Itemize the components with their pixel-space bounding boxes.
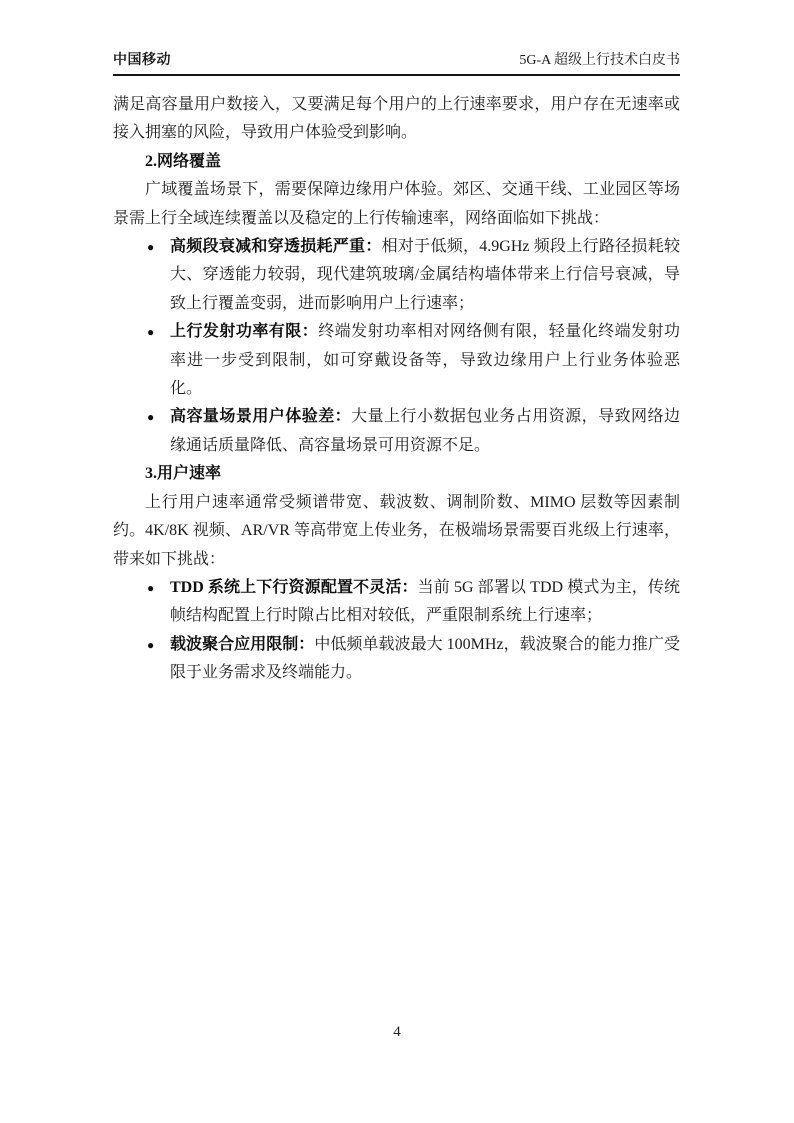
bullet-term: 上行发射功率有限：	[170, 323, 318, 340]
header-org-title: 中国移动	[113, 52, 171, 70]
bullet-term: 高容量场景用户体验差：	[170, 408, 351, 425]
section-paragraph: 广域覆盖场景下，需要保障边缘用户体验。郊区、交通干线、工业园区等场景需上行全域连…	[113, 176, 680, 233]
bullet-icon: ●	[147, 631, 154, 659]
page-footer: 4	[0, 1024, 794, 1041]
bullet-list-user-rate: ● TDD 系统上下行资源配置不灵活：当前 5G 部署以 TDD 模式为主，传统…	[113, 574, 680, 688]
bullet-item: ● 高容量场景用户体验差：大量上行小数据包业务占用资源，导致网络边缘通话质量降低…	[113, 403, 680, 460]
bullet-item: ● TDD 系统上下行资源配置不灵活：当前 5G 部署以 TDD 模式为主，传统…	[113, 574, 680, 631]
bullet-item: ● 载波聚合应用限制：中低频单载波最大 100MHz，载波聚合的能力推广受限于业…	[113, 631, 680, 688]
page-header: 中国移动 5G-A 超级上行技术白皮书	[113, 52, 680, 76]
bullet-term: TDD 系统上下行资源配置不灵活：	[170, 579, 418, 596]
intro-paragraph: 满足高容量用户数接入，又要满足每个用户的上行速率要求，用户存在无速率或接入拥塞的…	[113, 91, 680, 148]
section-paragraph: 上行用户速率通常受频谱带宽、载波数、调制阶数、MIMO 层数等因素制约。4K/8…	[113, 489, 680, 574]
bullet-icon: ●	[147, 233, 154, 261]
bullet-item: ● 高频段衰减和穿透损耗严重：相对于低频，4.9GHz 频段上行路径损耗较大、穿…	[113, 233, 680, 318]
page-number: 4	[393, 1024, 401, 1040]
document-body: 满足高容量用户数接入，又要满足每个用户的上行速率要求，用户存在无速率或接入拥塞的…	[113, 91, 680, 688]
bullet-icon: ●	[147, 403, 154, 431]
bullet-term: 载波聚合应用限制：	[170, 636, 314, 653]
bullet-icon: ●	[147, 574, 154, 602]
section-heading-network-coverage: 2.网络覆盖	[113, 148, 680, 176]
header-doc-title: 5G-A 超级上行技术白皮书	[519, 52, 680, 70]
document-page: 中国移动 5G-A 超级上行技术白皮书 满足高容量用户数接入，又要满足每个用户的…	[0, 0, 794, 1123]
bullet-list-coverage: ● 高频段衰减和穿透损耗严重：相对于低频，4.9GHz 频段上行路径损耗较大、穿…	[113, 233, 680, 460]
bullet-term: 高频段衰减和穿透损耗严重：	[170, 238, 382, 255]
bullet-item: ● 上行发射功率有限：终端发射功率相对网络侧有限，轻量化终端发射功率进一步受到限…	[113, 318, 680, 403]
bullet-icon: ●	[147, 318, 154, 346]
section-heading-user-rate: 3.用户速率	[113, 460, 680, 488]
